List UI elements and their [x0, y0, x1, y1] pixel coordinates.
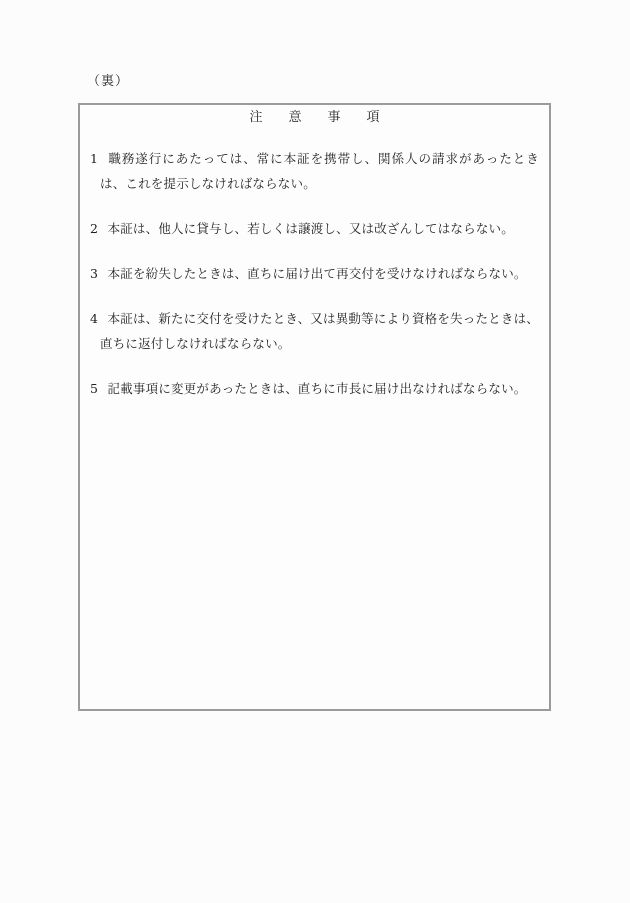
notice-title: 注 意 事 項 — [90, 108, 539, 128]
notice-item-2: 2本証は、他人に貸与し、若しくは譲渡し、又は改ざんしてはならない。 — [90, 216, 539, 241]
notice-item-1: 1職務遂行にあたっては、常に本証を携帯し、関係人の請求があったときは、これを提示… — [90, 146, 539, 196]
notice-item-3: 3本証を紛失したときは、直ちに届け出て再交付を受けなければならない。 — [90, 261, 539, 286]
notice-item-5-number: 5 — [90, 381, 98, 396]
notice-item-3-text: 本証を紛失したときは、直ちに届け出て再交付を受けなければならない。 — [108, 266, 527, 281]
notice-item-4: 4本証は、新たに交付を受けたとき、又は異動等により資格を失ったときは、直ちに返付… — [90, 306, 539, 356]
notice-item-5-text: 記載事項に変更があったときは、直ちに市長に届け出なければならない。 — [108, 381, 527, 396]
notice-item-4-number: 4 — [90, 311, 98, 326]
notice-box: 注 意 事 項 1職務遂行にあたっては、常に本証を携帯し、関係人の請求があったと… — [78, 103, 551, 711]
notice-item-1-number: 1 — [90, 151, 98, 166]
notice-item-1-text: 職務遂行にあたっては、常に本証を携帯し、関係人の請求があったときは、これを提示し… — [100, 151, 539, 191]
document-sheet: （裏） 注 意 事 項 1職務遂行にあたっては、常に本証を携帯し、関係人の請求が… — [0, 0, 630, 903]
notice-item-3-number: 3 — [90, 266, 98, 281]
notice-item-4-text: 本証は、新たに交付を受けたとき、又は異動等により資格を失ったときは、直ちに返付し… — [100, 311, 539, 351]
notice-item-2-number: 2 — [90, 221, 98, 236]
notice-item-2-text: 本証は、他人に貸与し、若しくは譲渡し、又は改ざんしてはならない。 — [108, 221, 514, 236]
notice-item-list: 1職務遂行にあたっては、常に本証を携帯し、関係人の請求があったときは、これを提示… — [90, 146, 539, 401]
side-label: （裏） — [87, 73, 129, 91]
notice-item-5: 5記載事項に変更があったときは、直ちに市長に届け出なければならない。 — [90, 376, 539, 401]
